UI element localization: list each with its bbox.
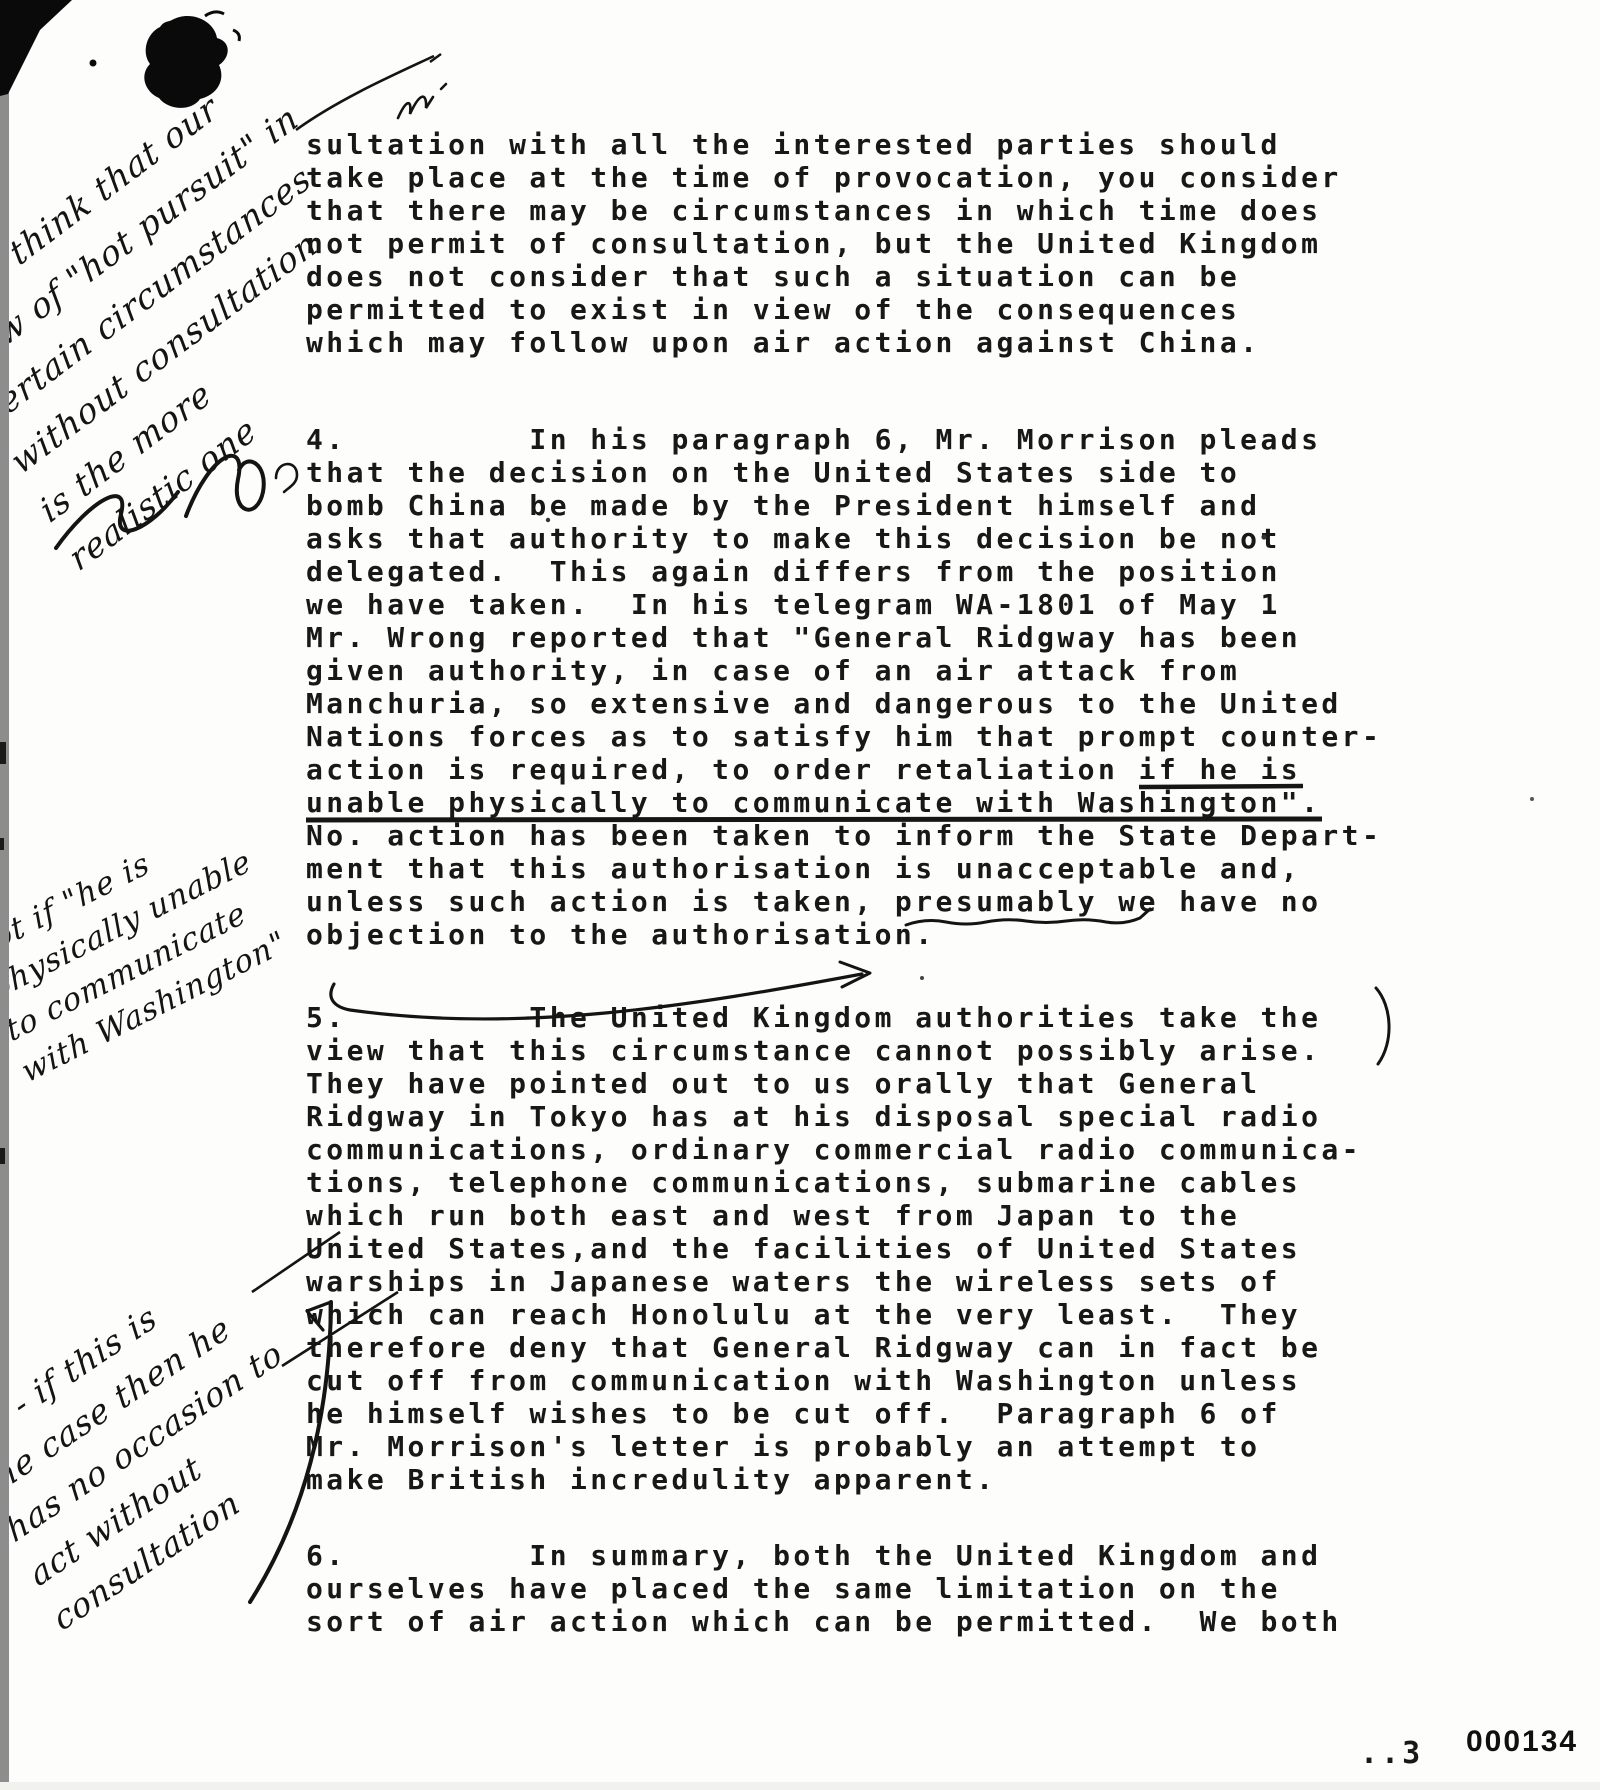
page-number: ..3 [1360,1737,1423,1770]
scan-edge-bottom [0,1782,1600,1790]
ink-speck [920,976,924,980]
paragraph-4: 4. In his paragraph 6, Mr. Morrison plea… [306,423,1382,951]
ink-blot-fleck [205,12,239,41]
ink-speck [1530,797,1534,801]
paragraph-6: 6. In summary, both the United Kingdom a… [306,1539,1342,1638]
swoosh-arrowhead-icon [840,962,870,987]
paragraph-5: 5. The United Kingdom authorities take t… [306,1001,1362,1496]
handwritten-note-mid-left: not if "he is physically unable to commu… [0,766,352,1095]
scan-edge-tick [0,838,4,850]
margin-loop-mark [276,464,297,492]
scan-edge-tick [0,1148,5,1164]
handwritten-note-bottom-left: OK - if this is the case then he has no … [0,1232,350,1644]
pen-dash [430,54,441,62]
ink-speck [90,60,97,67]
margin-paren-mark [1376,988,1389,1064]
scan-edge-tick [0,742,6,764]
corner-ink-blot [0,0,72,96]
scanned-document-page: sultation with all the interested partie… [0,0,1600,1790]
document-stamp-number: 000134 [1466,1726,1578,1758]
